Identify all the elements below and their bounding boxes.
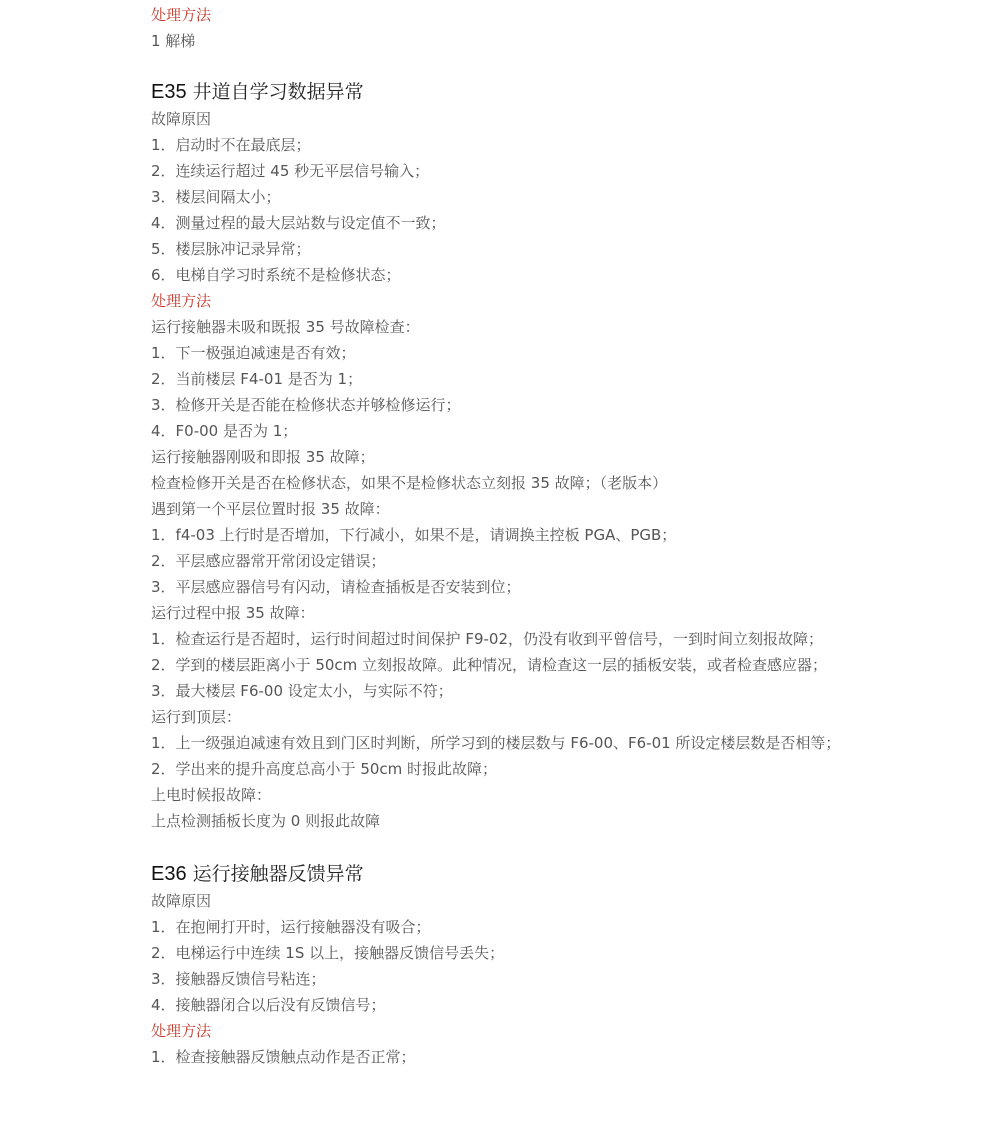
- cause-item: 3．楼层间隔太小；: [151, 184, 851, 210]
- method-item: 2．学出来的提升高度总高小于 50cm 时报此故障；: [151, 756, 851, 782]
- method-line: 1 解梯: [151, 28, 851, 54]
- fault-code: E35: [151, 81, 187, 103]
- method-label: 处理方法: [151, 288, 851, 314]
- cause-label: 故障原因: [151, 888, 851, 914]
- cause-item: 6．电梯自学习时系统不是检修状态；: [151, 262, 851, 288]
- method-item: 3．检修开关是否能在检修状态并够检修运行；: [151, 392, 851, 418]
- method-item: 3．最大楼层 F6-00 设定太小，与实际不符；: [151, 678, 851, 704]
- cause-item: 2．电梯运行中连续 1S 以上，接触器反馈信号丢失；: [151, 940, 851, 966]
- section-title-e36: E36 运行接触器反馈异常: [151, 860, 851, 888]
- method-item: 2．当前楼层 F4-01 是否为 1；: [151, 366, 851, 392]
- fault-title: 运行接触器反馈异常: [193, 863, 364, 885]
- cause-item: 4．接触器闭合以后没有反馈信号；: [151, 992, 851, 1018]
- cause-item: 4．测量过程的最大层站数与设定值不一致；: [151, 210, 851, 236]
- method-item: 运行到顶层：: [151, 704, 851, 730]
- method-item: 1．检查接触器反馈触点动作是否正常；: [151, 1044, 851, 1070]
- method-label: 处理方法: [151, 2, 851, 28]
- cause-item: 2．连续运行超过 45 秒无平层信号输入；: [151, 158, 851, 184]
- method-item: 检查检修开关是否在检修状态，如果不是检修状态立刻报 35 故障；（老版本）: [151, 470, 851, 496]
- method-item: 1．下一极强迫减速是否有效；: [151, 340, 851, 366]
- method-item: 2．平层感应器常开常闭设定错误；: [151, 548, 851, 574]
- method-label: 处理方法: [151, 1018, 851, 1044]
- method-item: 1．上一级强迫减速有效且到门区时判断，所学习到的楼层数与 F6-00、F6-01…: [151, 730, 851, 756]
- cause-item: 5．楼层脉冲记录异常；: [151, 236, 851, 262]
- cause-item: 1．启动时不在最底层；: [151, 132, 851, 158]
- method-item: 1．f4-03 上行时是否增加，下行减小，如果不是，请调换主控板 PGA、PGB…: [151, 522, 851, 548]
- method-item: 4．F0-00 是否为 1；: [151, 418, 851, 444]
- cause-item: 1．在抱闸打开时，运行接触器没有吸合；: [151, 914, 851, 940]
- method-item: 上点检测插板长度为 0 则报此故障: [151, 808, 851, 834]
- method-item: 运行接触器刚吸和即报 35 故障；: [151, 444, 851, 470]
- cause-label: 故障原因: [151, 106, 851, 132]
- cause-item: 3．接触器反馈信号粘连；: [151, 966, 851, 992]
- method-item: 2．学到的楼层距离小于 50cm 立刻报故障。此种情况，请检查这一层的插板安装，…: [151, 652, 851, 678]
- method-item: 1．检查运行是否超时，运行时间超过时间保护 F9-02，仍没有收到平曾信号，一到…: [151, 626, 851, 652]
- method-item: 遇到第一个平层位置时报 35 故障：: [151, 496, 851, 522]
- document-body: 处理方法 1 解梯 E35 井道自学习数据异常 故障原因 1．启动时不在最底层；…: [151, 2, 851, 1070]
- method-item: 上电时候报故障：: [151, 782, 851, 808]
- section-title-e35: E35 井道自学习数据异常: [151, 78, 851, 106]
- method-item: 运行接触器未吸和既报 35 号故障检查：: [151, 314, 851, 340]
- fault-code: E36: [151, 863, 187, 885]
- method-item: 3．平层感应器信号有闪动，请检查插板是否安装到位；: [151, 574, 851, 600]
- method-item: 运行过程中报 35 故障：: [151, 600, 851, 626]
- fault-title: 井道自学习数据异常: [193, 81, 364, 103]
